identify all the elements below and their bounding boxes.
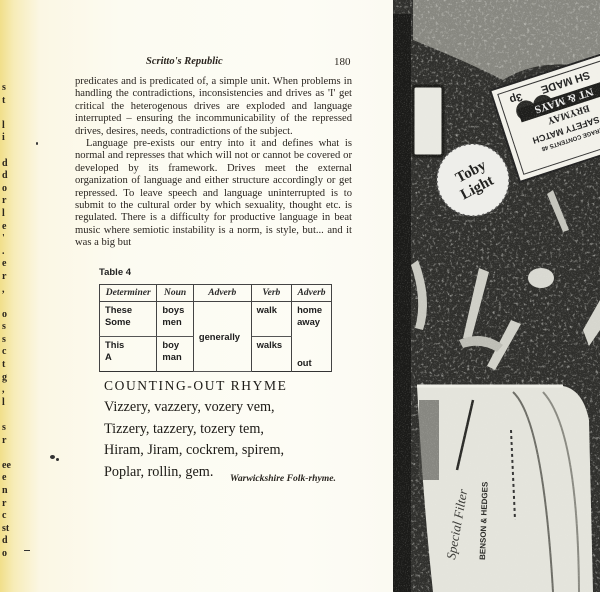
running-head: Scritto's Republic (146, 56, 223, 67)
cell-verb: walks (251, 337, 291, 372)
column-header: Determiner (100, 285, 157, 302)
facing-page-edge-text: s t l i d d o r l e ' . e r , o s s c t … (2, 82, 16, 561)
rhyme-block: COUNTING-OUT RHYME Vizzery, vazzery, voz… (104, 378, 287, 483)
cell-adverb: out (292, 337, 332, 372)
ink-speck (50, 455, 55, 459)
rhyme-title: COUNTING-OUT RHYME (104, 378, 287, 394)
column-header: Noun (157, 285, 193, 302)
column-header: Adverb (292, 285, 332, 302)
rhyme-line: Hiram, Jiram, cockrem, spirem, (104, 440, 287, 462)
cell-determiner: This A (100, 337, 157, 372)
ink-speck (24, 550, 30, 551)
cell-noun: boy man (157, 337, 193, 372)
paragraph: predicates and is predicated of, a simpl… (75, 76, 352, 138)
column-header: Verb (251, 285, 291, 302)
ink-speck (36, 142, 38, 145)
table-header-row: Determiner Noun Adverb Verb Adverb (100, 285, 332, 302)
cell-noun: boys men (157, 302, 193, 337)
left-page: s t l i d d o r l e ' . e r , o s s c t … (0, 0, 393, 592)
paragraph: Language pre-exists our entry into it an… (75, 138, 352, 250)
cell-adverb-shared: generally (193, 302, 251, 372)
cell-determiner: These Some (100, 302, 157, 337)
rhyme-line: Tizzery, tazzery, tozery tem, (104, 419, 287, 441)
cell-verb: walk (251, 302, 291, 337)
rhyme-attribution: Warwickshire Folk-rhyme. (230, 473, 336, 484)
table-row: These Some boys men generally walk home … (100, 302, 332, 337)
ink-speck (56, 458, 59, 461)
litter-photograph: AVERAGE CONTENTS 48 AL SAFETY MATCH BRYM… (393, 0, 600, 592)
body-text: predicates and is predicated of, a simpl… (75, 76, 352, 250)
table-caption: Table 4 (99, 267, 131, 278)
rhyme-line: Vizzery, vazzery, vozery vem, (104, 397, 287, 419)
cell-adverb: home away (292, 302, 332, 337)
column-header: Adverb (193, 285, 251, 302)
page-number: 180 (334, 56, 351, 68)
grammar-table: Determiner Noun Adverb Verb Adverb These… (99, 284, 332, 372)
